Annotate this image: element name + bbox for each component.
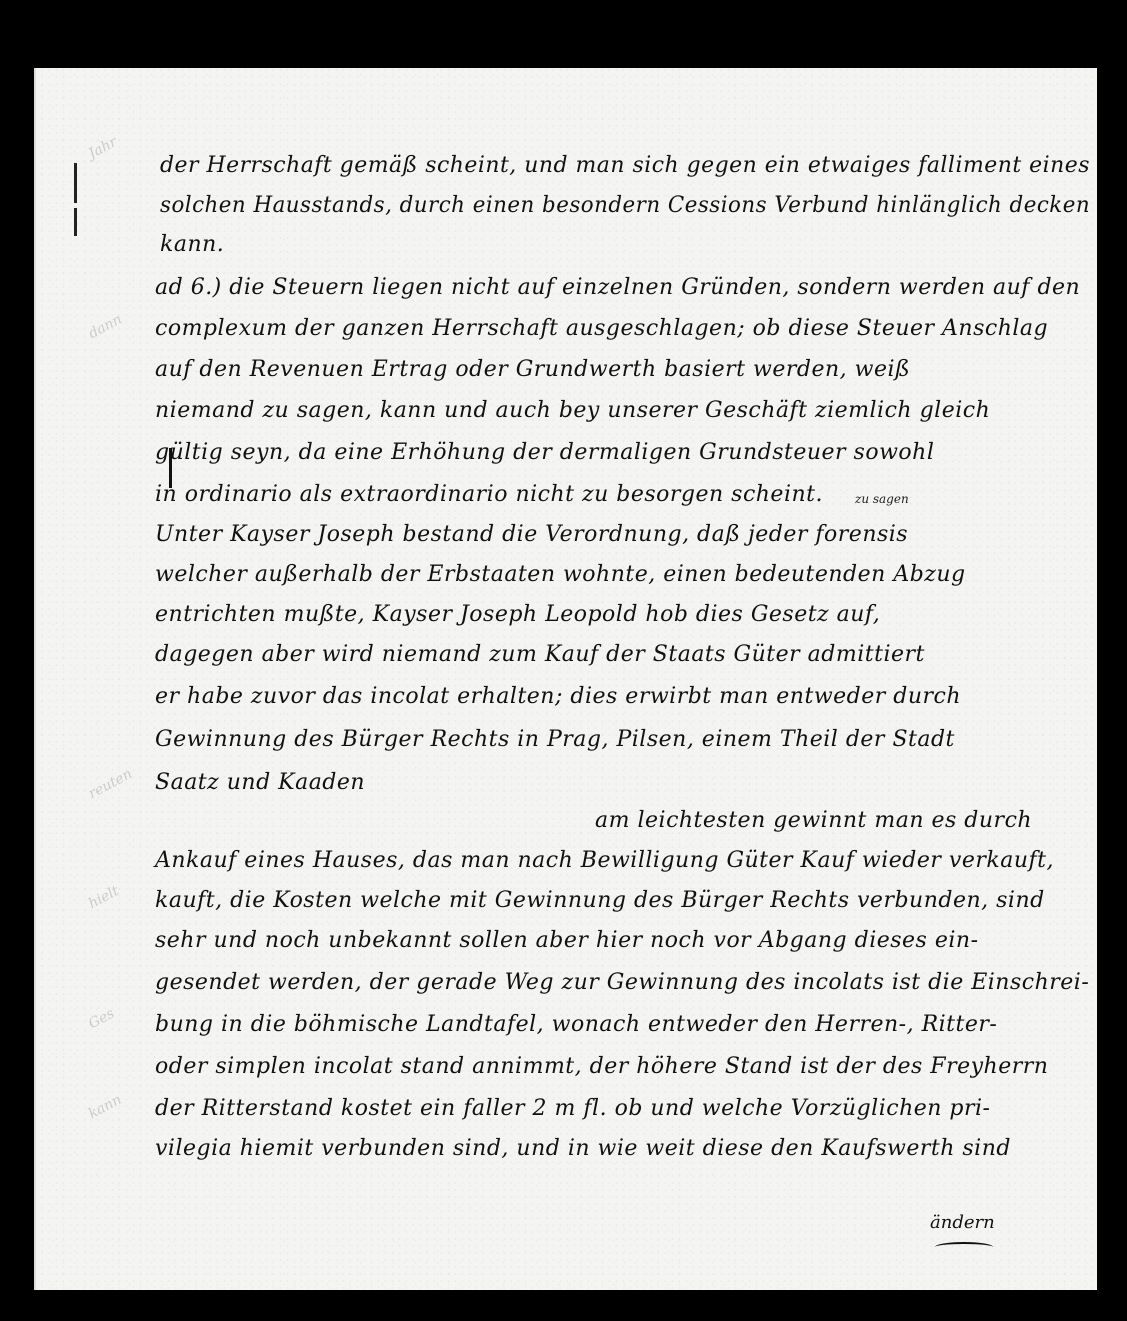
manuscript-line: in ordinario als extraordinario nicht zu… xyxy=(155,482,823,507)
manuscript-line: auf den Revenuen Ertrag oder Grundwerth … xyxy=(155,357,910,382)
binding-mark xyxy=(74,208,77,236)
bleed-through-text: Jahr xyxy=(86,110,164,162)
manuscript-line: solchen Hausstands, durch einen besonder… xyxy=(160,193,1090,218)
manuscript-line: gesendet werden, der gerade Weg zur Gewi… xyxy=(155,970,1089,995)
manuscript-line: der Ritterstand kostet ein faller 2 m fl… xyxy=(155,1096,990,1121)
bleed-through-text: kann xyxy=(86,1070,164,1122)
bleed-through-text: hielt xyxy=(86,860,164,912)
manuscript-line: bung in die böhmische Landtafel, wonach … xyxy=(155,1012,997,1037)
bleed-through-text: dann xyxy=(86,290,164,342)
catchword-flourish xyxy=(935,1242,993,1252)
manuscript-line: Unter Kayser Joseph bestand die Verordnu… xyxy=(155,522,908,547)
manuscript-line: gültig seyn, da eine Erhöhung der dermal… xyxy=(155,440,934,465)
manuscript-line: complexum der ganzen Herrschaft ausgesch… xyxy=(155,316,1048,341)
interlinear-insertion: zu sagen xyxy=(855,492,909,506)
manuscript-line: Gewinnung des Bürger Rechts in Prag, Pil… xyxy=(155,727,955,752)
manuscript-line: oder simplen incolat stand annimmt, der … xyxy=(155,1054,1048,1079)
manuscript-line: niemand zu sagen, kann und auch bey unse… xyxy=(155,398,990,423)
manuscript-line: dagegen aber wird niemand zum Kauf der S… xyxy=(155,642,925,667)
bleed-through-text: Ges xyxy=(86,980,164,1032)
manuscript-line: sehr und noch unbekannt sollen aber hier… xyxy=(155,928,979,953)
manuscript-line: welcher außerhalb der Erbstaaten wohnte,… xyxy=(155,562,966,587)
manuscript-line: Saatz und Kaaden xyxy=(155,770,365,795)
manuscript-line: er habe zuvor das incolat erhalten; dies… xyxy=(155,684,961,709)
page-edge xyxy=(34,68,36,1290)
bleed-through-text: reuten xyxy=(86,750,164,802)
manuscript-line: am leichtesten gewinnt man es durch xyxy=(595,808,1032,833)
binding-mark xyxy=(74,163,77,203)
manuscript-line: entrichten mußte, Kayser Joseph Leopold … xyxy=(155,602,880,627)
manuscript-line: Ankauf eines Hauses, das man nach Bewill… xyxy=(155,848,1054,873)
manuscript-line: vilegia hiemit verbunden sind, und in wi… xyxy=(155,1136,1011,1161)
manuscript-line: ad 6.) die Steuern liegen nicht auf einz… xyxy=(155,275,1080,300)
manuscript-line: kauft, die Kosten welche mit Gewinnung d… xyxy=(155,888,1045,913)
manuscript-line: kann. xyxy=(160,232,224,257)
catchword: ändern xyxy=(930,1212,995,1233)
manuscript-line: der Herrschaft gemäß scheint, und man si… xyxy=(160,153,1090,178)
